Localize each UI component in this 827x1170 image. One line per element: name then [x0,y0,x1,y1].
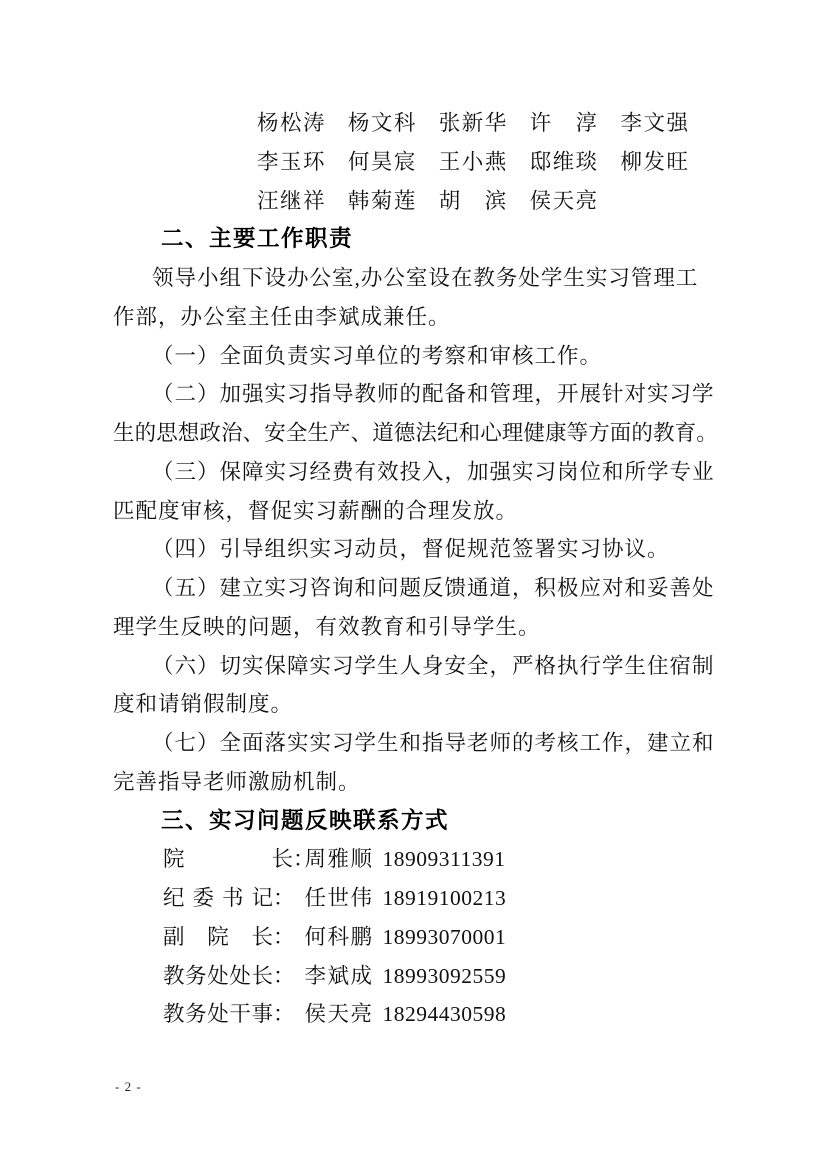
body-line: 完善指导老师激励机制。 [113,763,773,802]
body-line: 作部，办公室主任由李斌成兼任。 [113,298,773,337]
contact-person-name: 周雅顺 [305,847,374,871]
body-line: 理学生反映的问题，有效教育和引导学生。 [113,608,773,647]
contact-title: 纪委书记 [163,879,273,918]
contact-phone-number: 18294430598 [383,1002,507,1026]
contact-person-name: 侯天亮 [305,1002,374,1026]
contact-row: 纪委书记：任世伟18919100213 [113,879,773,918]
section-three-heading: 三、实习问题反映联系方式 [113,802,773,841]
document-body: 杨松涛 杨文科 张新华 许 淳 李文强 李玉环 何昊宸 王小燕 邸维琰 柳发旺 … [113,104,773,1034]
contact-title: 教务处干事 [163,995,273,1034]
body-line: 度和请销假制度。 [113,685,773,724]
body-line: （四）引导组织实习动员，督促规范签署实习协议。 [113,530,773,569]
contact-title: 院长 [163,840,293,879]
page-number: - 2 - [115,1079,142,1095]
contact-colon: ： [273,964,296,988]
contact-row: 副院长：何科鹏18993070001 [113,918,773,957]
contact-row: 教务处处长：李斌成18993092559 [113,957,773,996]
contact-person-name: 任世伟 [305,886,374,910]
leader-names-line: 李玉环 何昊宸 王小燕 邸维琰 柳发旺 [113,143,773,182]
contact-phone-number: 18909311391 [383,847,506,871]
contact-row: 院长：周雅顺18909311391 [113,840,773,879]
contact-colon: ： [273,1002,296,1026]
body-line: 匹配度审核，督促实习薪酬的合理发放。 [113,492,773,531]
contact-row: 教务处干事：侯天亮18294430598 [113,995,773,1034]
body-line: 领导小组下设办公室,办公室设在教务处学生实习管理工 [113,259,773,298]
body-line: 生的思想政治、安全生产、道德法纪和心理健康等方面的教育。 [113,414,773,453]
leader-names-line: 汪继祥 韩菊莲 胡 滨 侯天亮 [113,182,773,221]
body-line: （二）加强实习指导教师的配备和管理，开展针对实习学 [113,375,773,414]
contact-title: 教务处处长 [163,957,273,996]
page: 杨松涛 杨文科 张新华 许 淳 李文强 李玉环 何昊宸 王小燕 邸维琰 柳发旺 … [0,0,827,1170]
body-line: （三）保障实习经费有效投入，加强实习岗位和所学专业 [113,453,773,492]
body-line: （一）全面负责实习单位的考察和审核工作。 [113,337,773,376]
body-line: （五）建立实习咨询和问题反馈通道，积极应对和妥善处 [113,569,773,608]
contact-title: 副院长 [163,918,273,957]
body-line: （六）切实保障实习学生人身安全，严格执行学生住宿制 [113,647,773,686]
body-line: （七）全面落实实习学生和指导老师的考核工作，建立和 [113,724,773,763]
contact-person-name: 李斌成 [305,964,374,988]
contact-phone-number: 18993070001 [383,925,507,949]
contact-person-name: 何科鹏 [305,925,374,949]
contact-phone-number: 18919100213 [383,886,507,910]
leader-names-line: 杨松涛 杨文科 张新华 许 淳 李文强 [113,104,773,143]
contact-colon: ： [273,886,296,910]
contact-colon: ： [273,925,296,949]
section-two-heading: 二、主要工作职责 [113,220,773,259]
contact-phone-number: 18993092559 [383,964,507,988]
